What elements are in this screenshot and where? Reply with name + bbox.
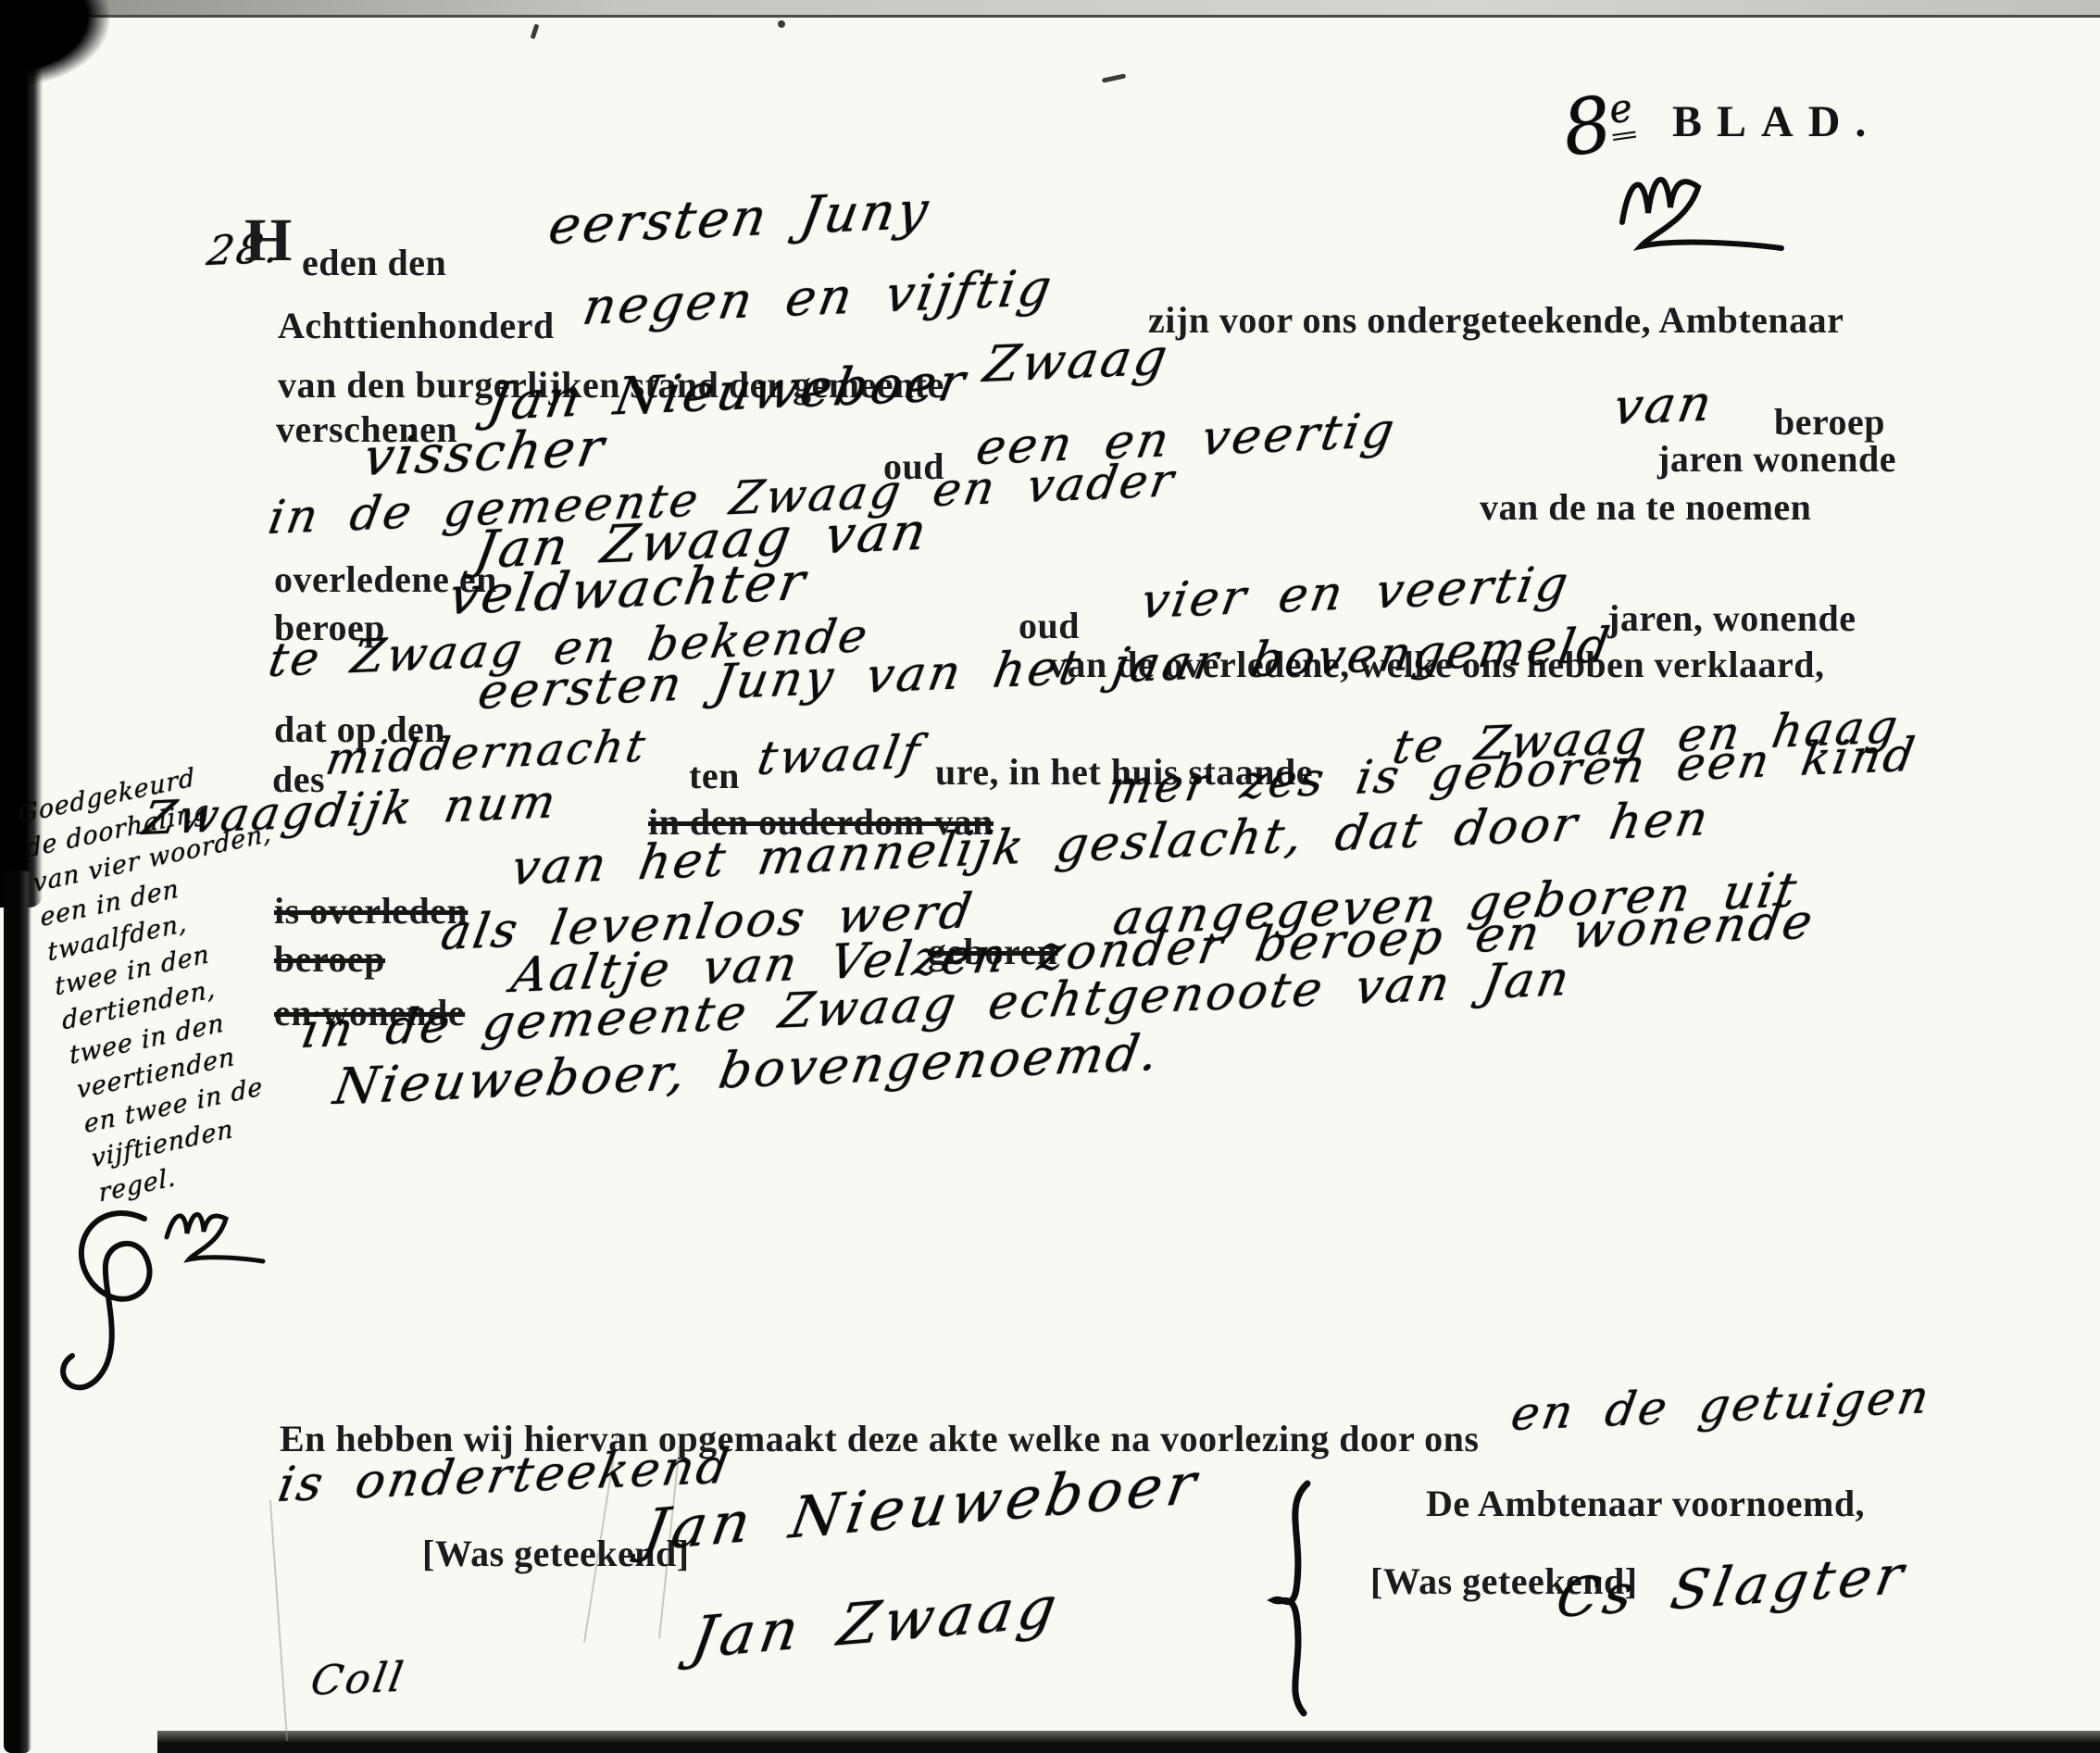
scan-artifact: [531, 24, 540, 40]
printed-segment: zijn voor ons ondergeteekende, Ambtenaar: [1148, 298, 1844, 342]
handwritten-word: van: [1609, 374, 1719, 436]
grouping-brace-icon: [1267, 1480, 1331, 1721]
printed-segment: van de na te noemen: [1480, 485, 1811, 529]
handwritten-date: eersten Juny: [544, 181, 935, 257]
collation-mark: Coll: [307, 1654, 409, 1705]
signature-official: Cs Slagter: [1552, 1543, 1913, 1630]
printed-segment: jaren, wonende: [1607, 596, 1856, 640]
official-paraph-icon: [1609, 156, 1822, 267]
sheet-title: BLAD.: [1672, 96, 1881, 147]
printed-dropcap: H: [244, 222, 293, 259]
scan-artifact: [1102, 73, 1126, 82]
signature-declarant-2: Jan Zwaag: [687, 1572, 1066, 1672]
handwritten-hour: twaalf: [754, 725, 926, 785]
binding-edge: [0, 0, 43, 908]
margin-paraph-icon: [56, 1204, 296, 1445]
handwritten-closing-tail: en de getuigen: [1507, 1370, 1935, 1441]
printed-segment: Achttienhonderd: [278, 304, 555, 347]
handwritten-age: vier en veertig: [1137, 557, 1574, 630]
binding-corner-shadow: [0, 0, 109, 85]
binding-edge-lower: [4, 870, 31, 1753]
printed-segment: eden den: [302, 241, 446, 284]
scanned-civil-record-page: 8e BLAD. 28. H eden den eersten Juny Ach…: [0, 0, 2100, 1753]
scan-artifact: [269, 1500, 288, 1741]
page-bottom-rule: [157, 1731, 2100, 1753]
scan-artifact: [778, 20, 785, 28]
printed-segment: jaren wonende: [1657, 437, 1896, 481]
official-title: De Ambtenaar voornoemd,: [1426, 1482, 1865, 1525]
handwritten-municipality: Zwaag: [980, 328, 1174, 394]
scan-top-edge: [0, 0, 2100, 18]
printed-segment: ten: [689, 754, 740, 797]
handwritten-year: negen en vijftig: [579, 258, 1058, 336]
